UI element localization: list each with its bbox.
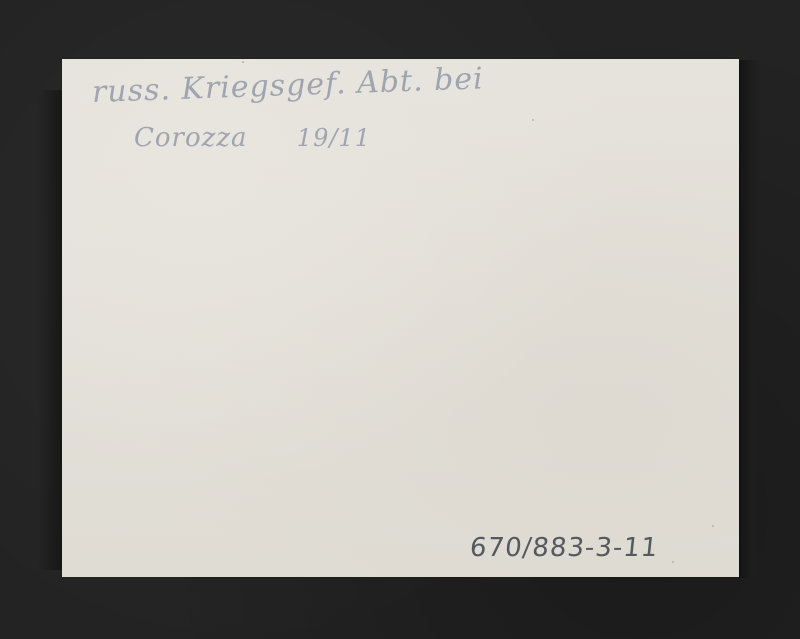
paper-speck <box>242 61 244 63</box>
pencil-annotation-line2: Corozza 19/11 <box>134 123 371 153</box>
annotation-date: 19/11 <box>297 124 371 152</box>
paper-speck <box>712 525 714 527</box>
pencil-annotation-line1: russ. Kriegsgef. Abt. bei <box>91 61 484 110</box>
card-shadow-right <box>739 60 761 578</box>
paper-speck <box>672 561 674 563</box>
photo-card-back: russ. Kriegsgef. Abt. bei Corozza 19/11 … <box>62 59 739 577</box>
archive-number: 670/883-3-11 <box>468 533 660 563</box>
place-name: Corozza <box>134 123 248 153</box>
card-shadow-left <box>38 90 64 570</box>
paper-speck <box>532 119 534 121</box>
